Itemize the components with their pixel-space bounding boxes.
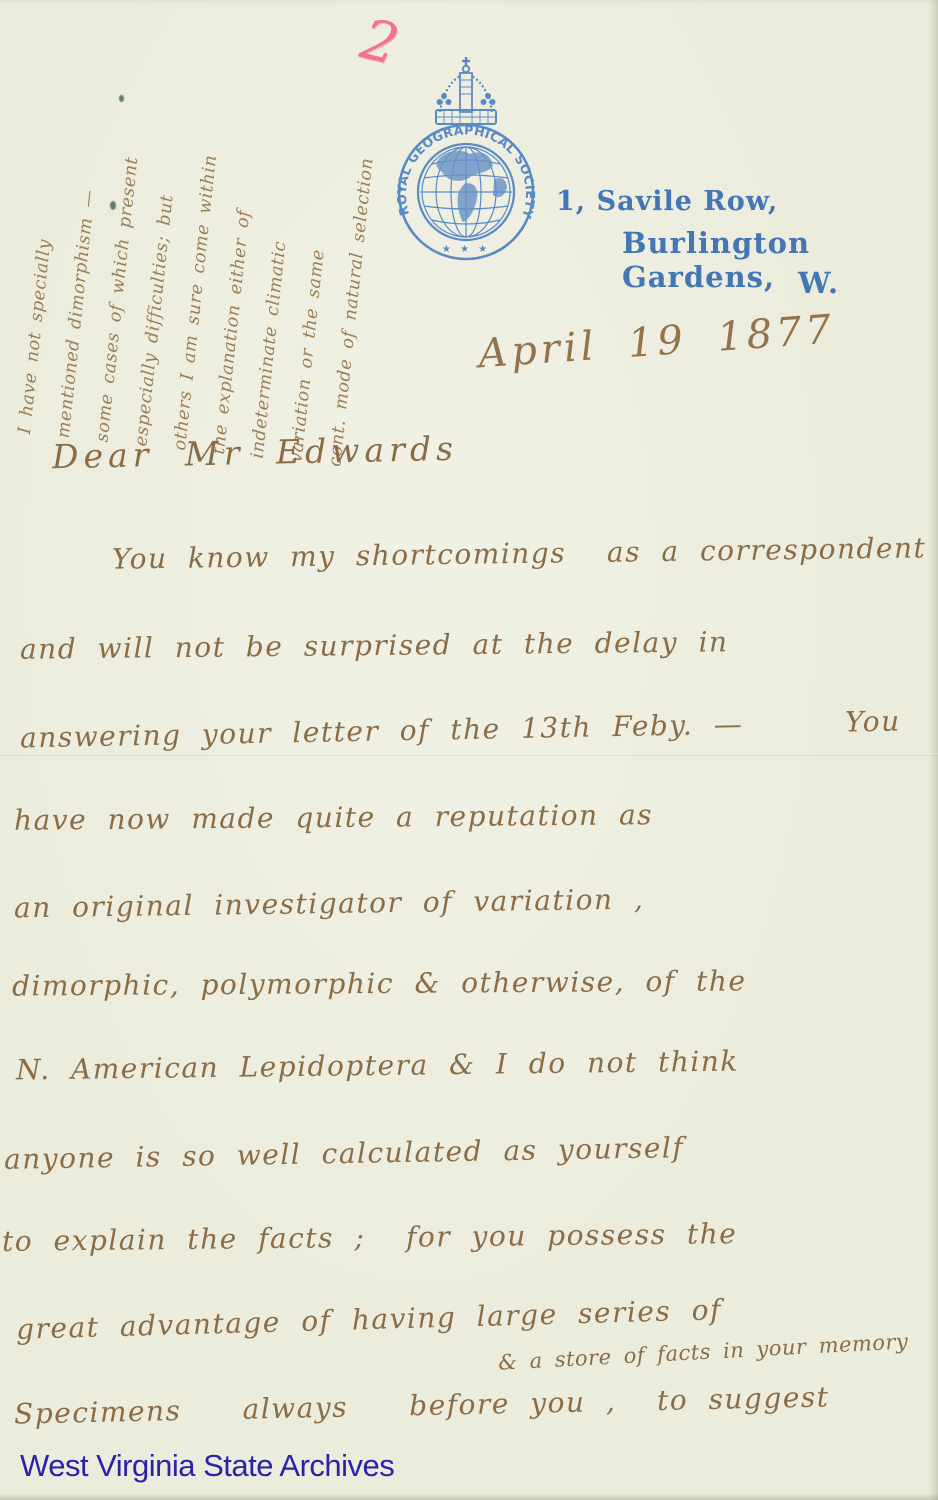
ink-speck	[119, 95, 124, 102]
letter-scan-page: I have not specially mentioned dimorphis…	[0, 0, 938, 1500]
rgs-seal-stamp: ROYAL GEOGRAPHICAL SOCIETY ★ ★ ★	[386, 52, 546, 264]
globe-icon	[420, 147, 512, 237]
letter-body-line: Specimens always before you , to suggest	[14, 1383, 830, 1428]
ink-speck	[110, 201, 116, 210]
crosswriting-block: I have not specially mentioned dimorphis…	[6, 0, 402, 469]
letter-body-line: You know my shortcomings as a correspond…	[112, 534, 927, 573]
letter-body-line: great advantage of having large series o…	[16, 1296, 722, 1344]
letter-body-line: N. American Lepidoptera & I do not think	[16, 1048, 739, 1085]
letter-body-line: have now made quite a reputation as	[14, 801, 653, 835]
seal-stars: ★ ★ ★	[442, 244, 490, 255]
letter-salutation: Dear Mr Edwards	[52, 432, 459, 473]
letter-date: April 19 1877	[477, 310, 836, 375]
letter-body-line: an original investigator of variation ,	[14, 886, 645, 923]
letterhead-address-line2: Burlington Gardens,	[622, 226, 938, 294]
letter-body-line: anyone is so well calculated as yourself	[4, 1134, 685, 1174]
letter-body-line: dimorphic, polymorphic & otherwise, of t…	[12, 967, 747, 1000]
letterhead-address-line3: W.	[798, 266, 840, 300]
crown-icon	[436, 57, 496, 124]
letter-body-line: answering your letter of the 13th Feby. …	[20, 708, 901, 753]
letter-body-line: to explain the facts ; for you possess t…	[2, 1220, 738, 1256]
letter-body-line: and will not be surprised at the delay i…	[20, 628, 729, 663]
archive-watermark: West Virginia State Archives	[20, 1448, 394, 1484]
fold-crease	[0, 753, 938, 756]
interline-insertion: & a store of facts in your memory	[498, 1331, 909, 1373]
letterhead-address-line1: 1, Savile Row,	[556, 186, 778, 217]
